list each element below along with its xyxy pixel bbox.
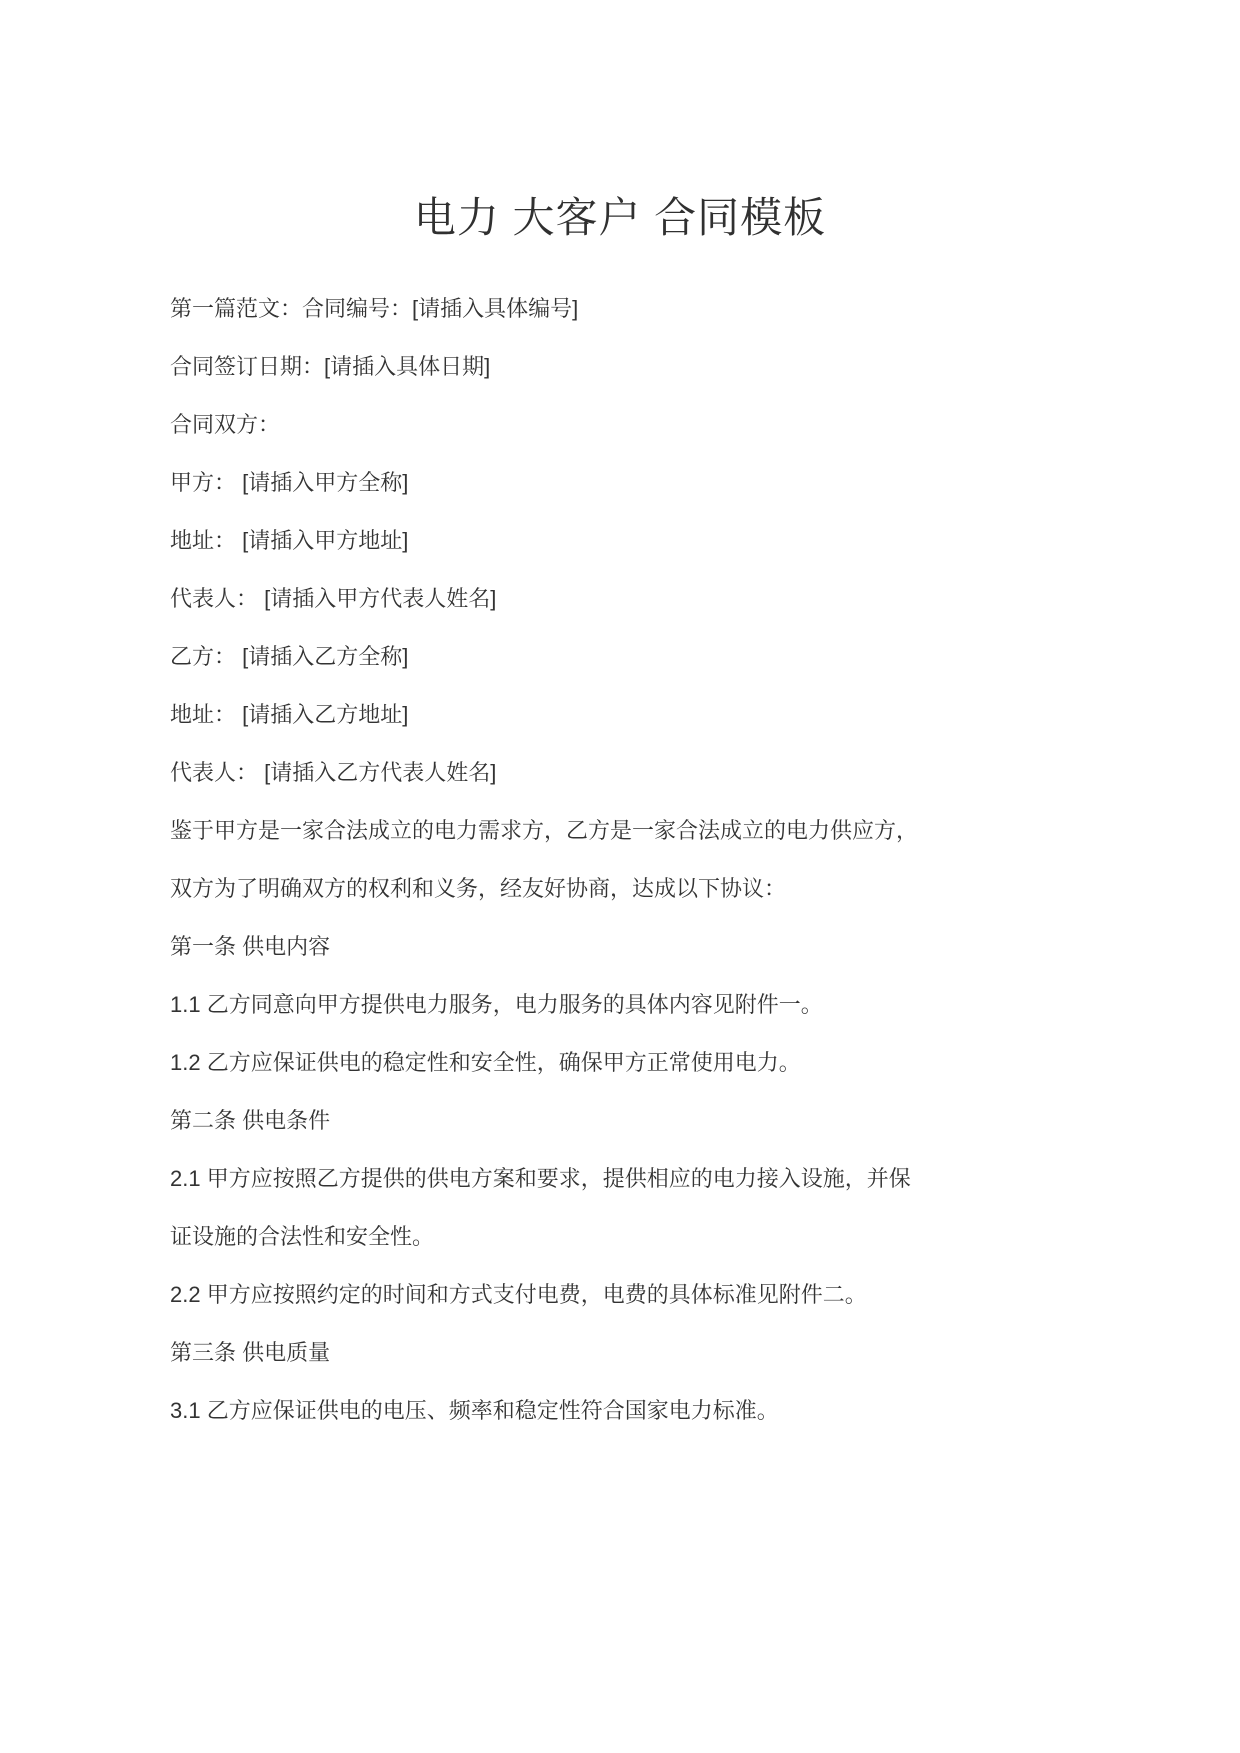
article-2-heading: 第二条 供电条件 — [170, 1092, 1070, 1150]
parties-label-line: 合同双方： — [170, 396, 1070, 454]
clause-2-1-line-2: 证设施的合法性和安全性。 — [170, 1208, 1070, 1266]
clause-2-1-line-1: 2.1 甲方应按照乙方提供的供电方案和要求，提供相应的电力接入设施，并保 — [170, 1150, 1070, 1208]
recital-line-2: 双方为了明确双方的权利和义务，经友好协商，达成以下协议： — [170, 860, 1070, 918]
article-3-heading: 第三条 供电质量 — [170, 1324, 1070, 1382]
clause-1-1-line: 1.1 乙方同意向甲方提供电力服务，电力服务的具体内容见附件一。 — [170, 976, 1070, 1034]
article-1-heading: 第一条 供电内容 — [170, 918, 1070, 976]
clause-2-2-line: 2.2 甲方应按照约定的时间和方式支付电费，电费的具体标准见附件二。 — [170, 1266, 1070, 1324]
document-page: 电力 大客户 合同模板 第一篇范文：合同编号：[请插入具体编号] 合同签订日期：… — [0, 0, 1240, 1753]
contract-number-line: 第一篇范文：合同编号：[请插入具体编号] — [170, 280, 1070, 338]
clause-1-2-line: 1.2 乙方应保证供电的稳定性和安全性，确保甲方正常使用电力。 — [170, 1034, 1070, 1092]
party-b-name-line: 乙方： [请插入乙方全称] — [170, 628, 1070, 686]
party-a-name-line: 甲方： [请插入甲方全称] — [170, 454, 1070, 512]
party-a-representative-line: 代表人： [请插入甲方代表人姓名] — [170, 570, 1070, 628]
document-title: 电力 大客户 合同模板 — [170, 190, 1070, 246]
party-b-representative-line: 代表人： [请插入乙方代表人姓名] — [170, 744, 1070, 802]
recital-line-1: 鉴于甲方是一家合法成立的电力需求方，乙方是一家合法成立的电力供应方， — [170, 802, 1070, 860]
party-a-address-line: 地址： [请插入甲方地址] — [170, 512, 1070, 570]
clause-3-1-line: 3.1 乙方应保证供电的电压、频率和稳定性符合国家电力标准。 — [170, 1382, 1070, 1440]
document-body: 第一篇范文：合同编号：[请插入具体编号] 合同签订日期：[请插入具体日期] 合同… — [170, 280, 1070, 1440]
party-b-address-line: 地址： [请插入乙方地址] — [170, 686, 1070, 744]
sign-date-line: 合同签订日期：[请插入具体日期] — [170, 338, 1070, 396]
